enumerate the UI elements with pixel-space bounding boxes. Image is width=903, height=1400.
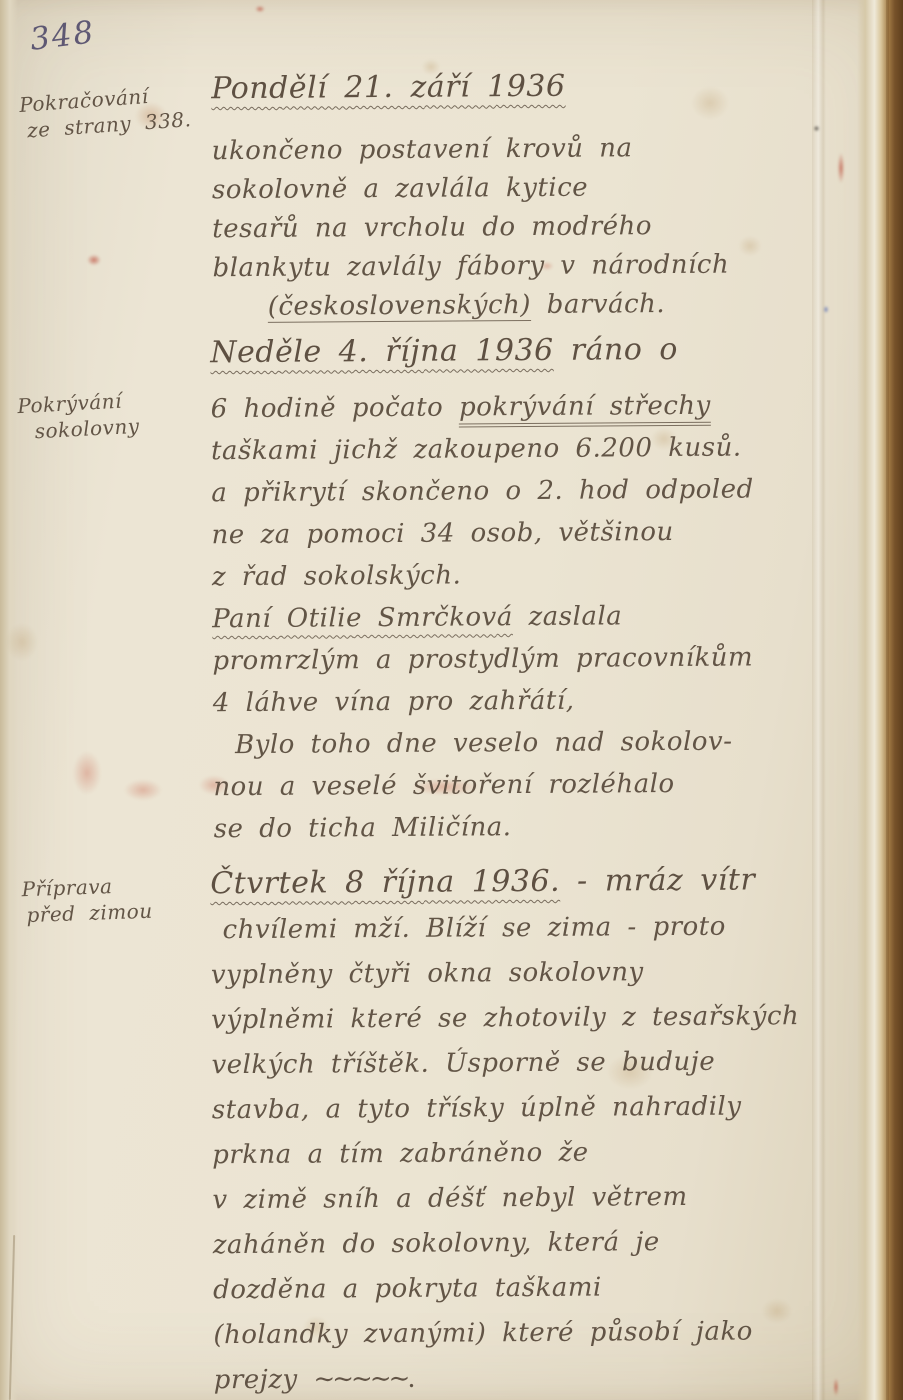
binding-shadow — [886, 0, 889, 1400]
margin-note-line: Příprava — [21, 874, 113, 901]
ink-flourish: ~~~~~. — [313, 1364, 412, 1395]
manuscript-line: promrzlým a prostydlým pracovníkům — [212, 636, 852, 682]
underlined-word: (československých) — [268, 290, 531, 322]
underlined-name: Paní Otilie Smrčková — [212, 602, 513, 634]
line-text: barvách. — [531, 289, 665, 320]
manuscript-line: zaháněn do sokolovny, která je — [213, 1219, 853, 1268]
entry-heading: Čtvrtek 8 října 1936. - mráz vítr — [210, 856, 850, 908]
manuscript-line: vyplněny čtyři okna sokolovny — [211, 949, 851, 998]
manuscript-line: nou a veselé švitoření rozléhalo — [213, 762, 853, 808]
entry-monday-21-september-1936: Pondělí 21. září 1936 ukončeno postavení… — [211, 62, 853, 327]
margin-note-line: sokolovny — [34, 413, 140, 444]
manuscript-line: prkna a tím zabráněno že — [212, 1129, 852, 1178]
margin-note-continuation: Pokračování ze strany 338. — [18, 80, 192, 144]
stain — [253, 4, 267, 14]
entry-date: Pondělí 21. září 1936 — [211, 69, 566, 106]
line-text: zaslala — [513, 601, 623, 632]
manuscript-line: blankytu zavlály fábory v národních — [212, 245, 852, 288]
margin-note-roofing: Pokrývání sokolovny — [17, 387, 140, 445]
manuscript-line: tesařů na vrcholu do modrého — [212, 206, 852, 249]
paper-left-edge — [0, 0, 18, 1400]
manuscript-line: 6 hodině počato pokrývání střechy — [211, 384, 851, 430]
stain — [84, 252, 104, 268]
book-binding-edge — [857, 0, 903, 1400]
manuscript-page: 348 Pokračování ze strany 338. Pokrývání… — [0, 0, 903, 1400]
manuscript-line: sokolovně a zavlála kytice — [212, 167, 852, 210]
manuscript-line: prejzy ~~~~~. — [214, 1354, 854, 1400]
manuscript-line: ukončeno postavení krovů na — [212, 128, 852, 171]
manuscript-line: (československých) barvách. — [213, 284, 853, 327]
margin-note-winter-preparation: Příprava před zimou — [21, 872, 153, 929]
manuscript-line: taškami jichž zakoupeno 6.200 kusů. — [211, 426, 851, 472]
manuscript-line: a přikrytí skončeno o 2. hod odpoled — [211, 468, 851, 514]
manuscript-line: stavba, a tyto třísky úplně nahradily — [212, 1084, 852, 1133]
entry-thursday-8-october-1936: Čtvrtek 8 října 1936. - mráz vítr chvíle… — [210, 856, 854, 1400]
entry-heading: Neděle 4. října 1936 ráno o — [210, 326, 850, 376]
manuscript-line: v zimě sníh a déšť nebyl větrem — [212, 1174, 852, 1223]
manuscript-line: 4 láhve vína pro zahřátí, — [213, 678, 853, 724]
manuscript-line: Paní Otilie Smrčková zaslala — [212, 594, 852, 640]
manuscript-line: výplněmi které se zhotovily z tesařských — [211, 994, 851, 1043]
heading-rest: ráno o — [554, 332, 678, 368]
manuscript-line: velkých tříštěk. Úsporně se buduje — [211, 1039, 851, 1088]
line-text: 6 hodině počato — [211, 393, 460, 425]
manuscript-line: chvílemi mží. Blíží se zima - proto — [210, 904, 850, 953]
page-number: 348 — [28, 14, 97, 58]
manuscript-line: z řad sokolských. — [212, 552, 852, 598]
entry-date: Neděle 4. října 1936 — [210, 333, 554, 370]
underlined-phrase: pokrývání střechy — [459, 391, 711, 428]
manuscript-line: ne za pomoci 34 osob, většinou — [211, 510, 851, 556]
margin-note-line: před zimou — [26, 898, 153, 928]
stain — [68, 744, 106, 802]
entry-heading: Pondělí 21. září 1936 — [211, 62, 851, 112]
stain — [118, 776, 168, 804]
entry-sunday-4-october-1936: Neděle 4. října 1936 ráno o 6 hodině poč… — [210, 326, 854, 850]
manuscript-line: dozděna a pokryta taškami — [213, 1264, 853, 1313]
manuscript-line: (holandky zvanými) které působí jako — [213, 1309, 853, 1358]
entry-date: Čtvrtek 8 října 1936. — [210, 864, 560, 901]
manuscript-line: se do ticha Miličína. — [214, 804, 854, 850]
heading-rest: - mráz vítr — [560, 862, 755, 898]
manuscript-line: Bylo toho dne veselo nad sokolov- — [213, 720, 853, 766]
line-text: prejzy — [214, 1365, 314, 1396]
